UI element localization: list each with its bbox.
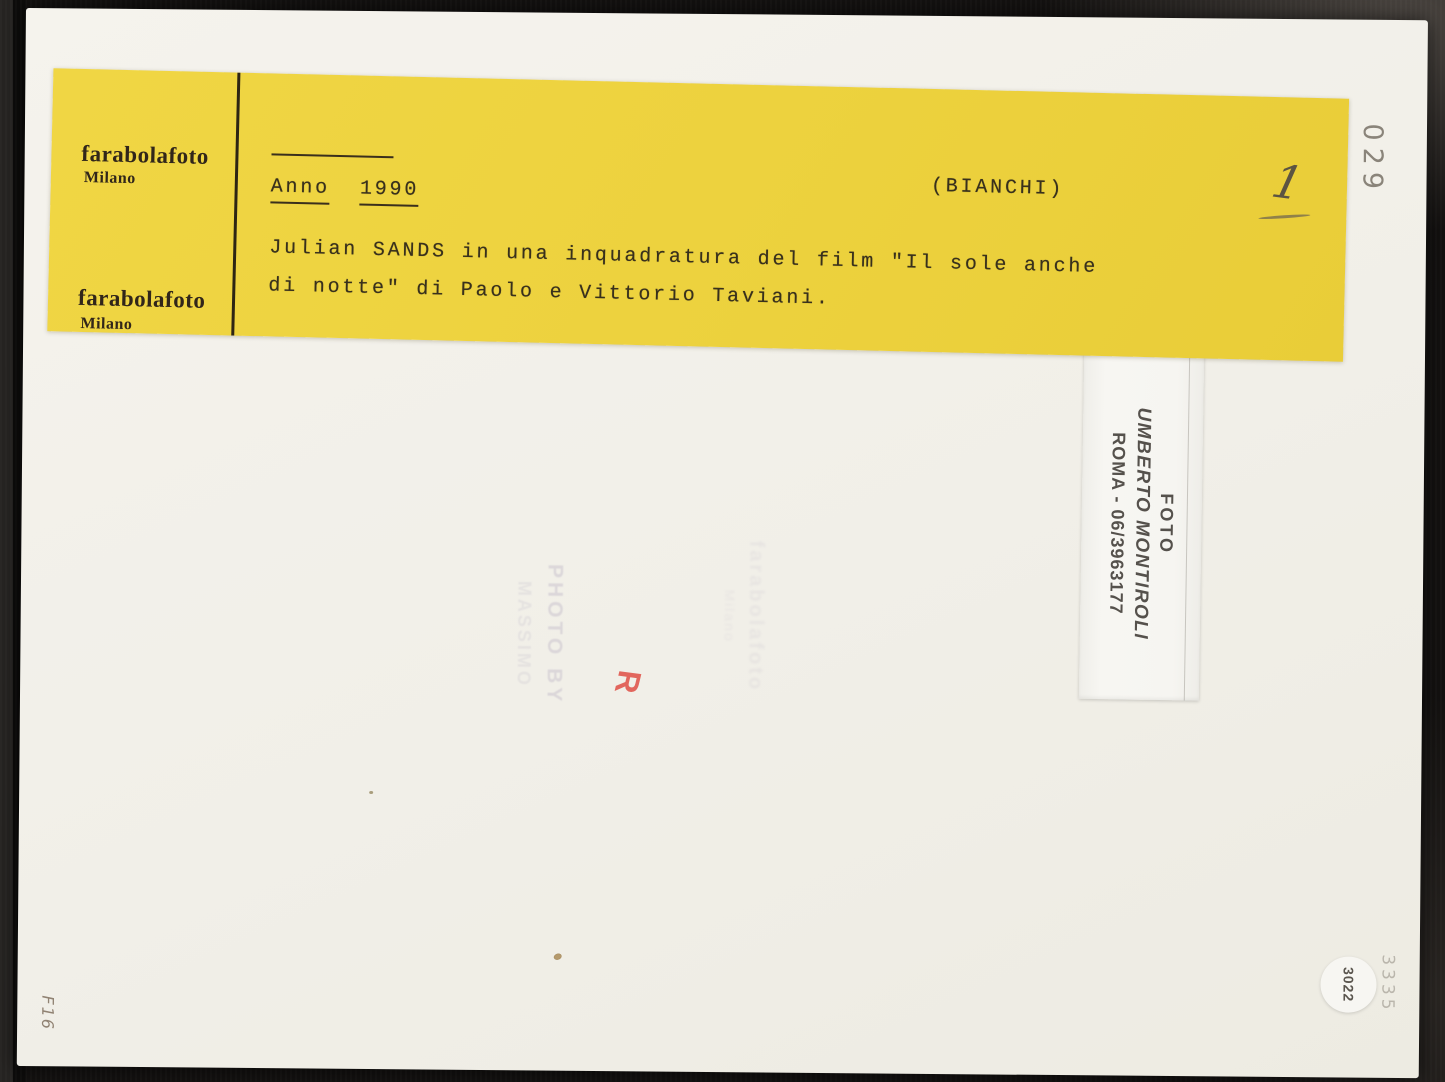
handwritten-archive-number: 029 [1353,110,1388,210]
round-number-sticker: 3022 [1320,956,1376,1012]
handwritten-count: 1 [1268,158,1308,207]
round-sticker-number: 3022 [1340,967,1356,1002]
agency-city-top: Milano [84,169,136,188]
sticker-city-phone: ROMA - 06/3963177 [1105,432,1129,615]
agency-logo-bottom: farabolafoto [78,285,206,314]
sticker-foto-line: FOTO [1155,493,1177,555]
ghost-agency-city: Milano [722,589,738,642]
ghost-agency-stamp: farabolafoto Milano [683,451,806,782]
agency-logo-top: farabolafoto [81,141,209,170]
paper-speck [369,791,373,794]
caption-line-2: di notte" di Paolo e Vittorio Taviani. [268,274,831,310]
ghost-agency-name: farabolafoto [744,541,768,693]
agency-city-bottom: Milano [80,315,132,334]
photo-back-card: farabolafoto Milano PHOTO BY MASSIMO 029… [17,8,1428,1078]
ghost-photo-by-text: PHOTO BY [542,564,567,706]
red-stamp-letter: R [607,668,649,695]
ghost-photo-by-stamp: PHOTO BY MASSIMO [499,507,581,763]
caption-line-1: Julian SANDS in una inquadratura del fil… [269,236,1098,279]
agency-caption-label: farabolafoto Milano farabolafoto Milano … [47,68,1349,361]
pencil-number-right-edge: 3335 [1373,939,1398,1029]
anno-value: 1990 [360,177,420,206]
sticker-photographer-name: UMBERTO MONTIROLI [1129,407,1155,640]
photographer-sticker-text: FOTO UMBERTO MONTIROLI ROMA - 06/3963177 [1080,350,1203,697]
handwritten-corner-code: F16 [35,982,58,1044]
handwritten-underline [1258,214,1310,220]
ghost-photographer-name: MASSIMO [513,581,535,688]
anno-label: Anno [270,175,330,204]
blank-rule-line [271,153,393,158]
credit-name: (BIANCHI) [931,175,1065,201]
label-divider-line [231,73,240,336]
year-row: Anno1990 [270,175,419,201]
photographer-sticker: FOTO UMBERTO MONTIROLI ROMA - 06/3963177 [1079,347,1205,701]
anno-gap [330,193,360,194]
paper-speck [553,953,563,961]
